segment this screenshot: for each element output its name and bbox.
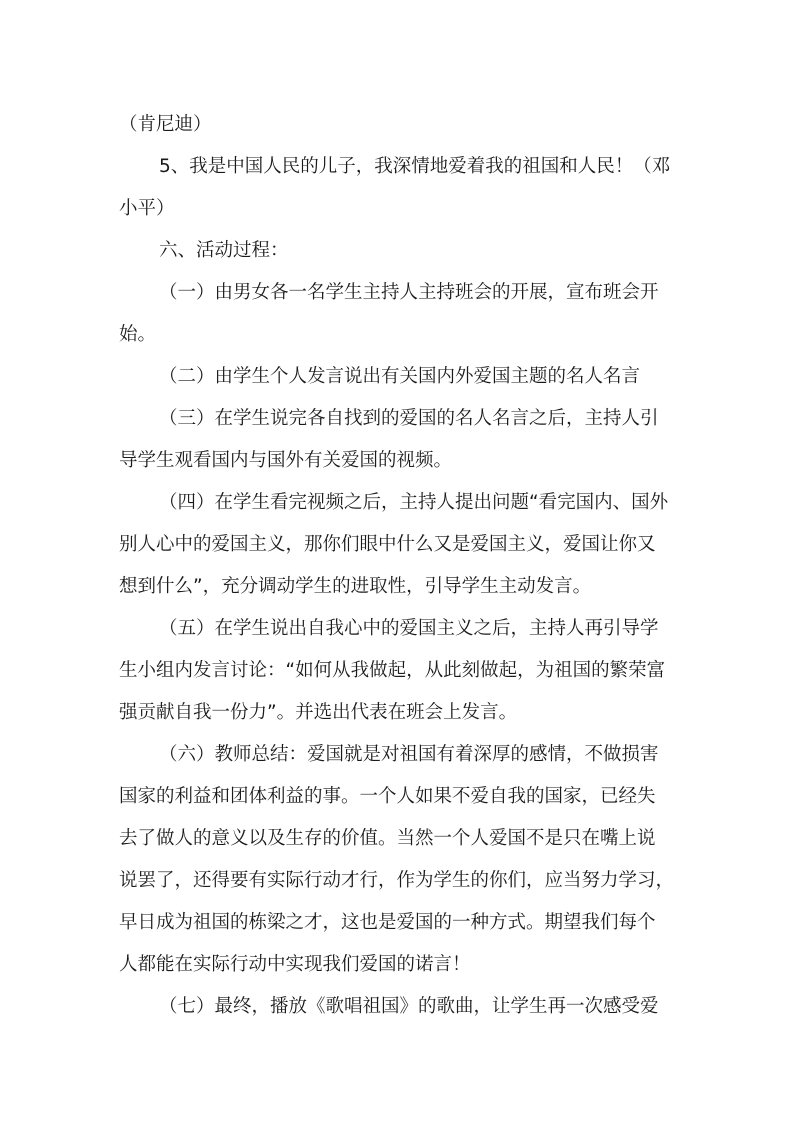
text-line-step-4-cont-2: 想到什么”，充分调动学生的进取性，引导学生主动发言。	[119, 566, 679, 608]
text-line-step-6-cont-1: 国家的利益和团体利益的事。一个人如果不爱自我的国家，已经失	[119, 776, 679, 818]
text-line-step-6-cont-3: 说罢了，还得要有实际行动才行，作为学生的你们，应当努力学习，	[119, 860, 679, 902]
text-line-step-6-cont-5: 人都能在实际行动中实现我们爱国的诺言！	[119, 944, 679, 986]
text-line-step-5: （五）在学生说出自我心中的爱国主义之后，主持人再引导学	[119, 608, 679, 650]
text-line-step-5-cont-1: 生小组内发言讨论：“如何从我做起，从此刻做起，为祖国的繁荣富	[119, 650, 679, 692]
text-line-step-4-cont-1: 别人心中的爱国主义，那你们眼中什么又是爱国主义，爱国让你又	[119, 524, 679, 566]
text-line-step-1: （一）由男女各一名学生主持人主持班会的开展，宣布班会开	[119, 272, 679, 314]
text-line-step-6: （六）教师总结：爱国就是对祖国有着深厚的感情，不做损害	[119, 734, 679, 776]
text-line-step-3: （三）在学生说完各自找到的爱国的名人名言之后，主持人引	[119, 398, 679, 440]
document-page: （肯尼迪） 5、我是中国人民的儿子，我深情地爱着我的祖国和人民！（邓 小平） 六…	[0, 0, 793, 1122]
section-heading-activity-process: 六、活动过程：	[119, 230, 679, 272]
text-line-step-6-cont-2: 去了做人的意义以及生存的价值。当然一个人爱国不是只在嘴上说	[119, 818, 679, 860]
text-line-step-3-cont: 导学生观看国内与国外有关爱国的视频。	[119, 440, 679, 482]
text-line-step-4: （四）在学生看完视频之后，主持人提出问题“看完国内、国外	[119, 482, 679, 524]
document-body: （肯尼迪） 5、我是中国人民的儿子，我深情地爱着我的祖国和人民！（邓 小平） 六…	[119, 104, 679, 1028]
text-line-deng-attribution: 小平）	[119, 188, 679, 230]
text-line-step-2: （二）由学生个人发言说出有关国内外爱国主题的名人名言	[119, 356, 679, 398]
text-line-kennedy-attribution: （肯尼迪）	[119, 104, 679, 146]
text-line-step-1-cont: 始。	[119, 314, 679, 356]
text-line-step-6-cont-4: 早日成为祖国的栋梁之才，这也是爱国的一种方式。期望我们每个	[119, 902, 679, 944]
text-line-step-5-cont-2: 强贡献自我一份力”。并选出代表在班会上发言。	[119, 692, 679, 734]
text-line-quote-5: 5、我是中国人民的儿子，我深情地爱着我的祖国和人民！（邓	[119, 146, 679, 188]
text-line-step-7: （七）最终，播放《歌唱祖国》的歌曲，让学生再一次感受爱	[119, 986, 679, 1028]
